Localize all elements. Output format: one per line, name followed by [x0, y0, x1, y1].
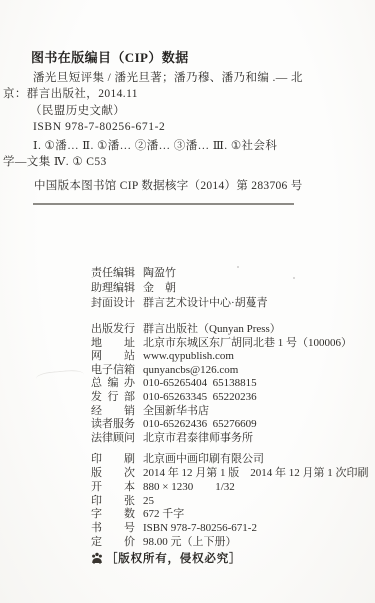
photo-scratch-artifact [36, 369, 85, 384]
info-row: 读者服务 010-65262436 65276609 [91, 418, 352, 432]
info-row: 出版发行 群言出版社（Qunyan Press） [91, 323, 352, 337]
info-value: www.qypublish.com [143, 350, 234, 364]
info-value: 全国新华书店 [143, 405, 209, 419]
cip-description-line: 潘光旦短评集 / 潘光旦著；潘乃穆、潘乃和编 .— 北 [0, 70, 360, 86]
info-row: 发行部 010-65263345 65220236 [91, 391, 352, 405]
info-label: 地址 [91, 337, 135, 351]
classification-line: 学—文集 Ⅳ. ① C53 [0, 155, 360, 171]
copyright-text: ［版权所有，侵权必究］ [106, 550, 241, 566]
info-row: 印张 25 [91, 495, 369, 509]
info-label: 总编办 [91, 377, 135, 391]
info-label: 封面设计 [91, 296, 135, 311]
info-row: 封面设计 群言艺术设计中心·胡蔓青 [91, 296, 268, 311]
info-value: 群言出版社（Qunyan Press） [143, 323, 281, 337]
info-value: 陶盈竹 [143, 266, 176, 281]
info-label: 字数 [91, 508, 135, 522]
info-label: 印张 [91, 495, 135, 509]
info-value: 北京画中画印刷有限公司 [143, 453, 264, 467]
info-row: 经销 全国新华书店 [91, 405, 352, 419]
classification-line: Ⅰ. ①潘… Ⅱ. ①潘… ②潘… ③潘… Ⅲ. ①社会科 [0, 139, 360, 155]
info-label: 电子信箱 [91, 364, 135, 378]
info-label: 经销 [91, 405, 135, 419]
info-row: 印刷 北京画中画印刷有限公司 [91, 453, 369, 467]
info-value: 672 千字 [143, 508, 184, 522]
info-value: 010-65263345 65220236 [143, 391, 257, 405]
info-label: 助理编辑 [91, 281, 135, 296]
printing-info-block: 印刷 北京画中画印刷有限公司 版次 2014 年 12 月第 1 版 2014 … [91, 453, 369, 550]
info-value: 2014 年 12 月第 1 版 2014 年 12 月第 1 次印刷 [143, 467, 369, 481]
publisher-emblem-icon [91, 552, 103, 564]
cip-classification: Ⅰ. ①潘… Ⅱ. ①潘… ②潘… ③潘… Ⅲ. ①社会科 学—文集 Ⅳ. ① … [0, 139, 360, 170]
info-row: 书号 ISBN 978-7-80256-671-2 [91, 522, 369, 536]
info-label: 网站 [91, 350, 135, 364]
info-row: 责任编辑 陶盈竹 [91, 266, 268, 281]
cip-description-line: 京：群言出版社，2014.11 [0, 86, 360, 102]
info-label: 发行部 [91, 391, 135, 405]
divider-rule [33, 203, 294, 205]
info-value: 25 [143, 495, 154, 509]
info-label: 法律顾问 [91, 432, 135, 446]
info-row: 定价 98.00 元（上下册） [91, 536, 369, 550]
info-label: 定价 [91, 536, 135, 550]
info-value: 北京市东城区东厂胡同北巷 1 号（100006） [143, 337, 352, 351]
info-value: 群言艺术设计中心·胡蔓青 [143, 296, 268, 311]
info-label: 印刷 [91, 453, 135, 467]
info-label: 责任编辑 [91, 266, 135, 281]
photo-speck-artifact [237, 266, 239, 268]
info-value: ISBN 978-7-80256-671-2 [143, 522, 257, 536]
info-label: 版次 [91, 467, 135, 481]
info-value: 北京市君泰律师事务所 [143, 432, 253, 446]
info-row: 开本 880 × 1230 1/32 [91, 481, 369, 495]
cip-description-paragraph: 潘光旦短评集 / 潘光旦著；潘乃穆、潘乃和编 .— 北 京：群言出版社，2014… [0, 70, 360, 136]
cip-title: 图书在版编目（CIP）数据 [31, 47, 189, 66]
info-value: 010-65262436 65276609 [143, 418, 257, 432]
copyright-notice: ［版权所有，侵权必究］ [91, 550, 241, 566]
editorial-staff-block: 责任编辑 陶盈竹 助理编辑 金 朝 封面设计 群言艺术设计中心·胡蔓青 [91, 266, 268, 312]
info-row: 字数 672 千字 [91, 508, 369, 522]
info-row: 电子信箱 qunyancbs@126.com [91, 364, 352, 378]
info-label: 出版发行 [91, 323, 135, 337]
info-row: 版次 2014 年 12 月第 1 版 2014 年 12 月第 1 次印刷 [91, 467, 369, 481]
info-value: 880 × 1230 1/32 [143, 481, 235, 495]
info-label: 读者服务 [91, 418, 135, 432]
info-value: 金 朝 [143, 281, 176, 296]
info-row: 地址 北京市东城区东厂胡同北巷 1 号（100006） [91, 337, 352, 351]
cip-record-number: 中国版本图书馆 CIP 数据核字（2014）第 283706 号 [34, 179, 303, 194]
info-row: 网站 www.qypublish.com [91, 350, 352, 364]
book-copyright-page: 图书在版编目（CIP）数据 潘光旦短评集 / 潘光旦著；潘乃穆、潘乃和编 .— … [0, 0, 375, 603]
info-label: 开本 [91, 481, 135, 495]
isbn-line: ISBN 978-7-80256-671-2 [0, 119, 360, 135]
info-value: 010-65265404 65138815 [143, 377, 257, 391]
info-value: 98.00 元（上下册） [143, 536, 237, 550]
publishing-info-block: 出版发行 群言出版社（Qunyan Press） 地址 北京市东城区东厂胡同北巷… [91, 323, 352, 445]
cip-series-note: （民盟历史文献） [0, 103, 360, 119]
info-value: qunyancbs@126.com [143, 364, 238, 378]
photo-speck-artifact [293, 277, 295, 279]
info-label: 书号 [91, 522, 135, 536]
info-row: 总编办 010-65265404 65138815 [91, 377, 352, 391]
info-row: 法律顾问 北京市君泰律师事务所 [91, 432, 352, 446]
info-row: 助理编辑 金 朝 [91, 281, 268, 296]
